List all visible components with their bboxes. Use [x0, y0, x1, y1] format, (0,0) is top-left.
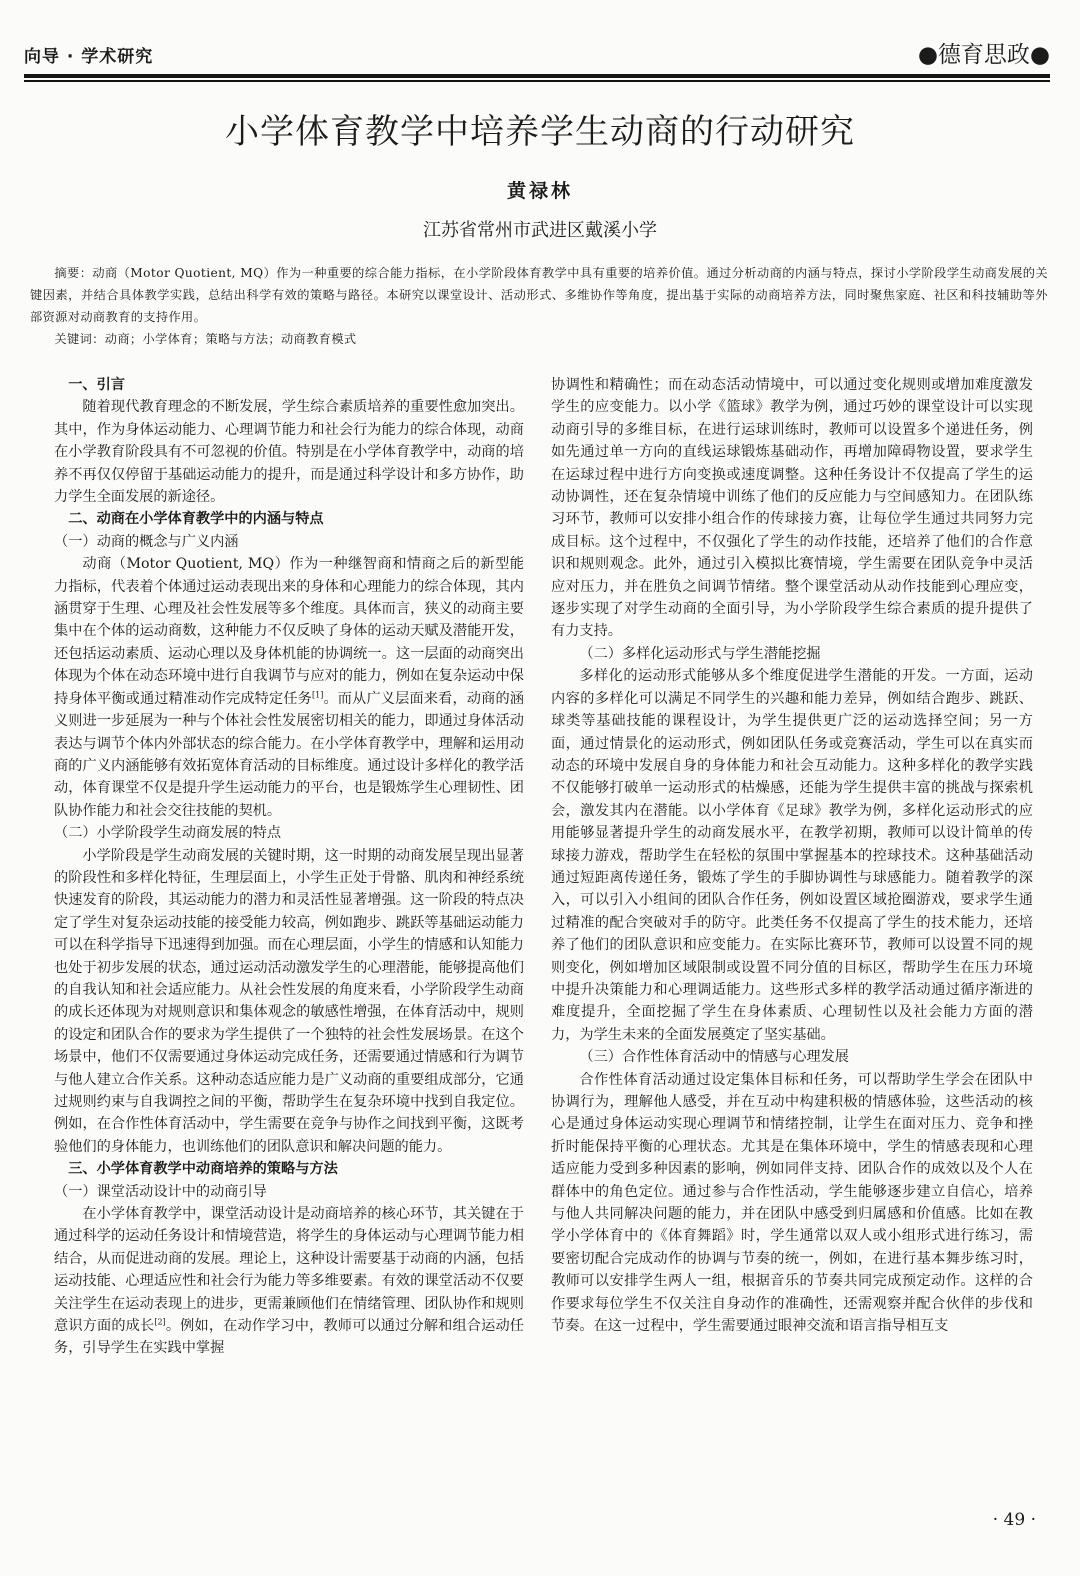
paragraph: 在小学体育教学中，课堂活动设计是动商培养的核心环节，其关键在于通过科学的运动任务… [54, 1203, 524, 1360]
author-name: 黄禄林 [0, 176, 1080, 203]
running-head: 向导 · 学术研究 ●德育思政● [24, 40, 1050, 70]
header-rule [24, 74, 1050, 82]
paragraph-text: 。而从广义层面来看，动商的涵义则进一步延展为一种与个体社会性发展密切相关的能力，… [54, 691, 524, 819]
header-rule-thick [24, 74, 1050, 78]
subsection-heading-2-1: （一）动商的概念与广义内涵 [54, 531, 524, 553]
section-heading-2: 二、动商在小学体育教学中的内涵与特点 [54, 508, 524, 530]
keywords: 关键词：动商；小学体育；策略与方法；动商教育模式 [30, 328, 1048, 350]
subsection-heading-2-2: （二）小学阶段学生动商发展的特点 [54, 822, 524, 844]
left-column: 一、引言 随着现代教育理念的不断发展，学生综合素质培养的重要性愈加突出。其中，作… [54, 374, 524, 1360]
subsection-heading-3-2: （二）多样化运动形式与学生潜能挖掘 [551, 643, 1033, 665]
journal-section-label: 向导 · 学术研究 [24, 42, 153, 67]
paragraph: 动商（Motor Quotient, MQ）作为一种继智商和情商之后的新型能力指… [54, 553, 524, 822]
column-label: ●德育思政● [918, 36, 1050, 69]
article-title: 小学体育教学中培养学生动商的行动研究 [0, 104, 1080, 153]
header-rule-thin [24, 80, 1050, 82]
paragraph: 随着现代教育理念的不断发展，学生综合素质培养的重要性愈加突出。其中，作为身体运动… [54, 396, 524, 508]
citation-ref: [2] [154, 1317, 165, 1326]
author-affiliation: 江苏省常州市武进区戴溪小学 [0, 216, 1080, 242]
paragraph-text: 动商（Motor Quotient, MQ）作为一种继智商和情商之后的新型能力指… [54, 556, 524, 706]
paragraph-text: 在小学体育教学中，课堂活动设计是动商培养的核心环节，其关键在于通过科学的运动任务… [54, 1206, 524, 1334]
page-number: · 49 · [993, 1510, 1036, 1530]
section-heading-1: 一、引言 [54, 374, 524, 396]
paragraph: 合作性体育活动通过设定集体目标和任务，可以帮助学生学会在团队中协调行为，理解他人… [551, 1069, 1033, 1338]
abstract: 摘要：动商（Motor Quotient, MQ）作为一种重要的综合能力指标，在… [30, 262, 1048, 328]
section-heading-3: 三、小学体育教学中动商培养的策略与方法 [54, 1158, 524, 1180]
right-column: 协调性和精确性；而在动态活动情境中，可以通过变化规则或增加难度激发学生的应变能力… [551, 374, 1033, 1337]
paragraph: 小学阶段是学生动商发展的关键时期，这一时期的动商发展呈现出显著的阶段性和多样化特… [54, 845, 524, 1159]
citation-ref: [1] [312, 690, 323, 699]
subsection-heading-3-3: （三）合作性体育活动中的情感与心理发展 [551, 1046, 1033, 1068]
subsection-heading-3-1: （一）课堂活动设计中的动商引导 [54, 1181, 524, 1203]
paragraph-continued: 协调性和精确性；而在动态活动情境中，可以通过变化规则或增加难度激发学生的应变能力… [551, 374, 1033, 643]
paragraph: 多样化的运动形式能够从多个维度促进学生潜能的开发。一方面，运动内容的多样化可以满… [551, 665, 1033, 1046]
